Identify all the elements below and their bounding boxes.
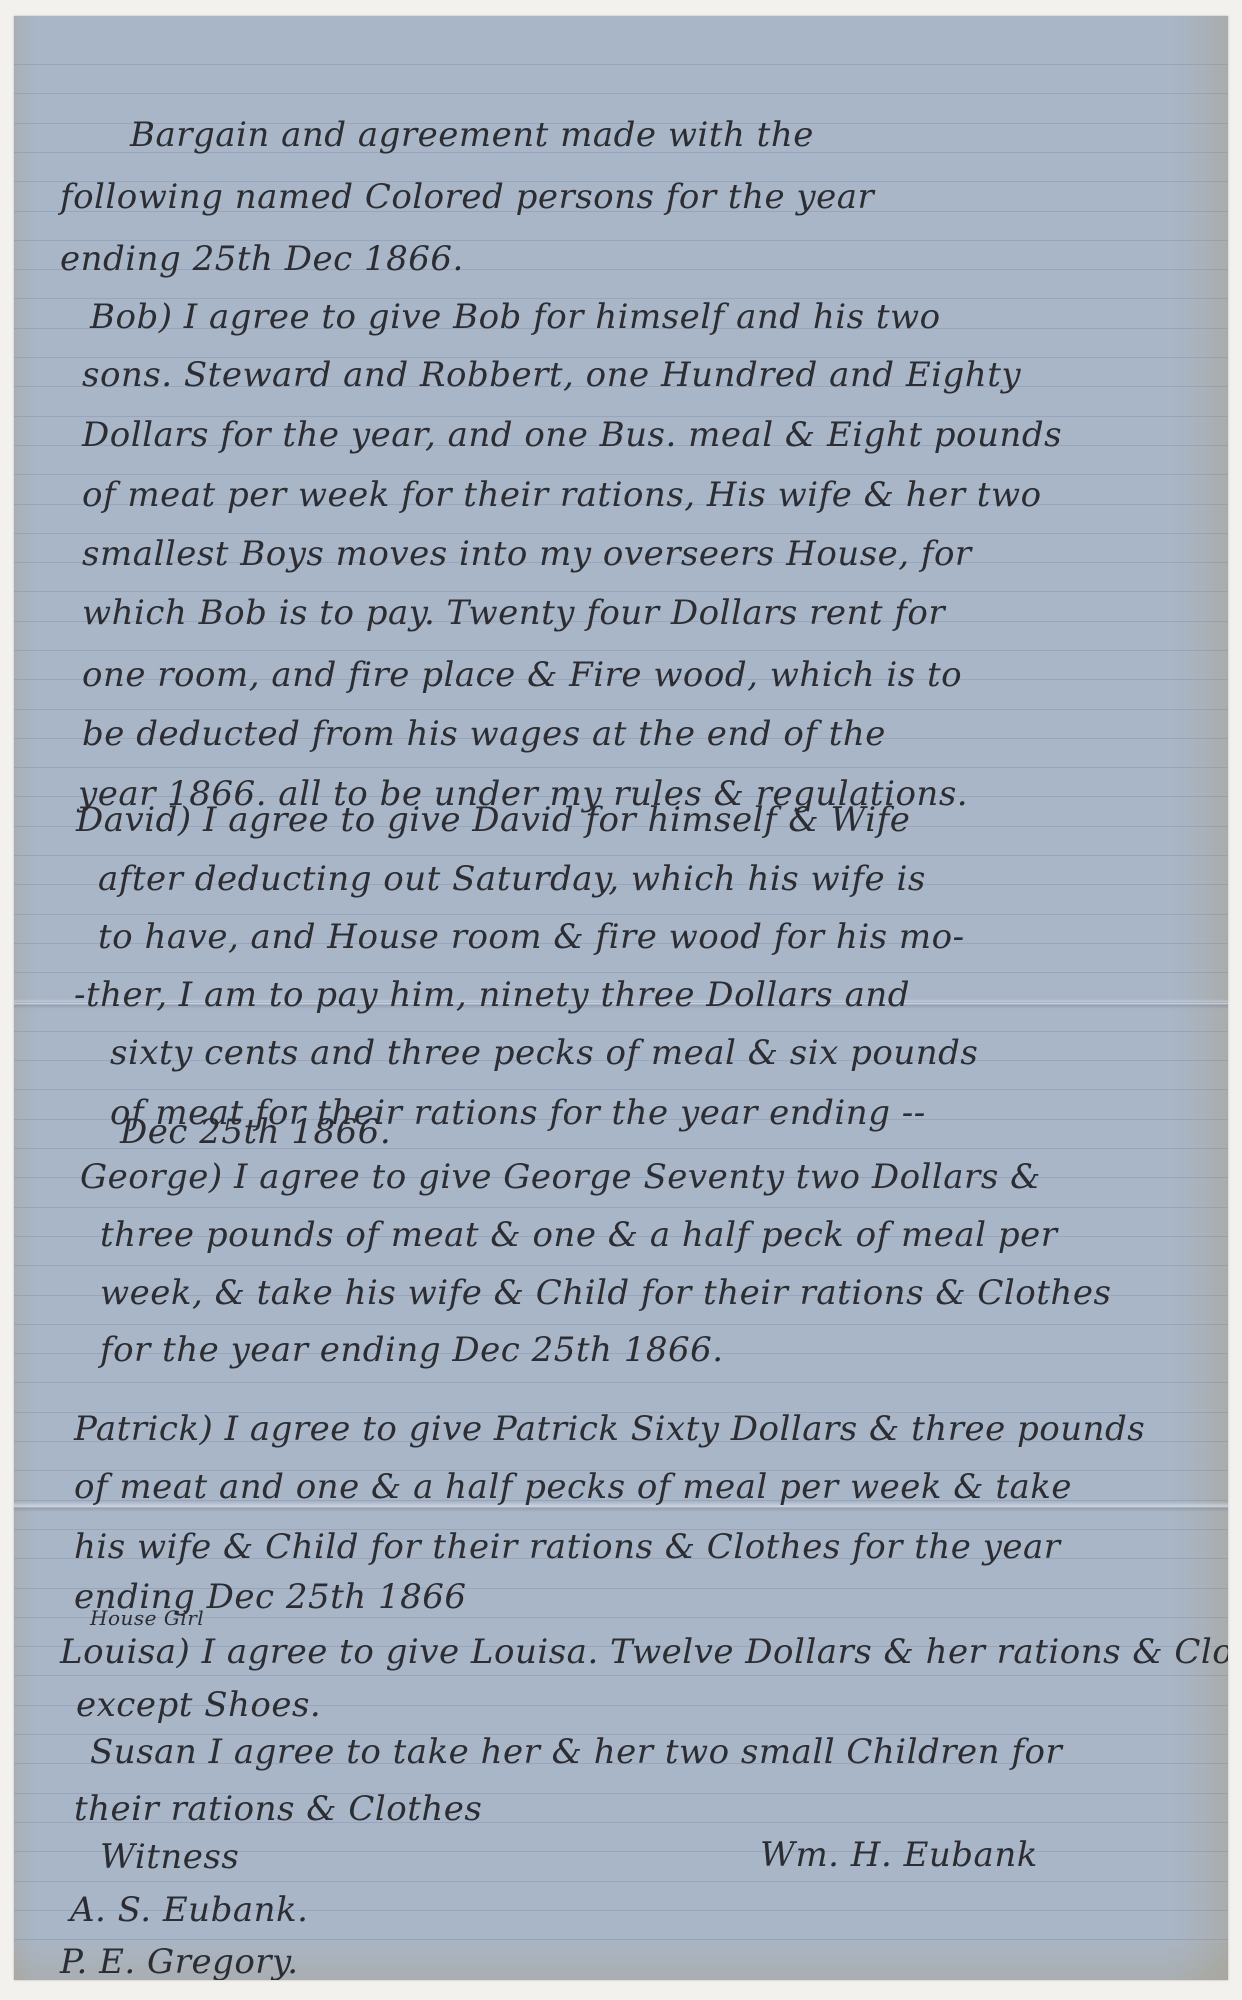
ruled-line	[14, 650, 1228, 651]
ruled-line	[14, 1324, 1228, 1325]
handwritten-line: smallest Boys moves into my overseers Ho…	[82, 537, 972, 571]
handwritten-line: -ther, I am to pay him, ninety three Dol…	[74, 978, 910, 1012]
ruled-line	[14, 1089, 1228, 1090]
ruled-line	[14, 1031, 1228, 1032]
handwritten-line: Dec 25th 1866.	[120, 1115, 391, 1149]
interlinear-annotation: House Girl	[90, 1608, 204, 1628]
ruled-line	[14, 709, 1228, 710]
handwritten-line: George) I agree to give George Seventy t…	[80, 1160, 1041, 1194]
ruled-line	[14, 1382, 1228, 1383]
witness-signature: P. E. Gregory.	[60, 1945, 299, 1979]
ruled-line	[14, 1265, 1228, 1266]
handwritten-line: sixty cents and three pecks of meal & si…	[110, 1036, 978, 1070]
ruled-line	[14, 64, 1228, 65]
handwritten-line: one room, and fire place & Fire wood, wh…	[82, 658, 962, 692]
handwritten-line: of meat per week for their rations, His …	[82, 478, 1042, 512]
handwritten-line: of meat and one & a half pecks of meal p…	[74, 1470, 1072, 1504]
handwritten-line: which Bob is to pay. Twenty four Dollars…	[82, 596, 945, 630]
handwritten-line: Bob) I agree to give Bob for himself and…	[90, 300, 941, 334]
handwritten-line: to have, and House room & fire wood for …	[98, 920, 965, 954]
ruled-line	[14, 855, 1228, 856]
handwritten-line: their rations & Clothes	[74, 1792, 482, 1826]
ruled-line	[14, 93, 1228, 94]
handwritten-line: Bargain and agreement made with the	[130, 118, 814, 152]
handwritten-line: for the year ending Dec 25th 1866.	[100, 1333, 724, 1367]
author-signature: Wm. H. Eubank	[760, 1838, 1038, 1872]
witness-signature: A. S. Eubank.	[70, 1893, 308, 1927]
handwritten-line: week, & take his wife & Child for their …	[100, 1276, 1111, 1310]
handwritten-line: Dollars for the year, and one Bus. meal …	[82, 418, 1062, 452]
handwritten-line: be deducted from his wages at the end of…	[82, 717, 886, 751]
ruled-line	[14, 767, 1228, 768]
handwritten-line: Susan I agree to take her & her two smal…	[90, 1735, 1062, 1769]
handwritten-line: following named Colored persons for the …	[60, 180, 874, 214]
ruled-line	[14, 1939, 1228, 1940]
ruled-line	[14, 1881, 1228, 1882]
handwritten-line: David) I agree to give David for himself…	[76, 803, 910, 837]
handwritten-line: three pounds of meat & one & a half peck…	[100, 1218, 1057, 1252]
handwritten-line: his wife & Child for their rations & Clo…	[74, 1530, 1061, 1564]
handwritten-line: Louisa) I agree to give Louisa. Twelve D…	[60, 1635, 1228, 1669]
ruled-line	[14, 1675, 1228, 1676]
handwritten-line: ending 25th Dec 1866.	[60, 242, 464, 276]
ruled-line	[14, 1207, 1228, 1208]
document-page: Bargain and agreement made with thefollo…	[14, 16, 1228, 1980]
handwritten-line: Patrick) I agree to give Patrick Sixty D…	[74, 1412, 1145, 1446]
handwritten-line: after deducting out Saturday, which his …	[98, 862, 926, 896]
witness-label: Witness	[100, 1840, 239, 1874]
ruled-line	[14, 972, 1228, 973]
ruled-line	[14, 591, 1228, 592]
handwritten-line: except Shoes.	[76, 1688, 321, 1722]
handwritten-line: sons. Steward and Robbert, one Hundred a…	[82, 358, 1021, 392]
ruled-line	[14, 914, 1228, 915]
